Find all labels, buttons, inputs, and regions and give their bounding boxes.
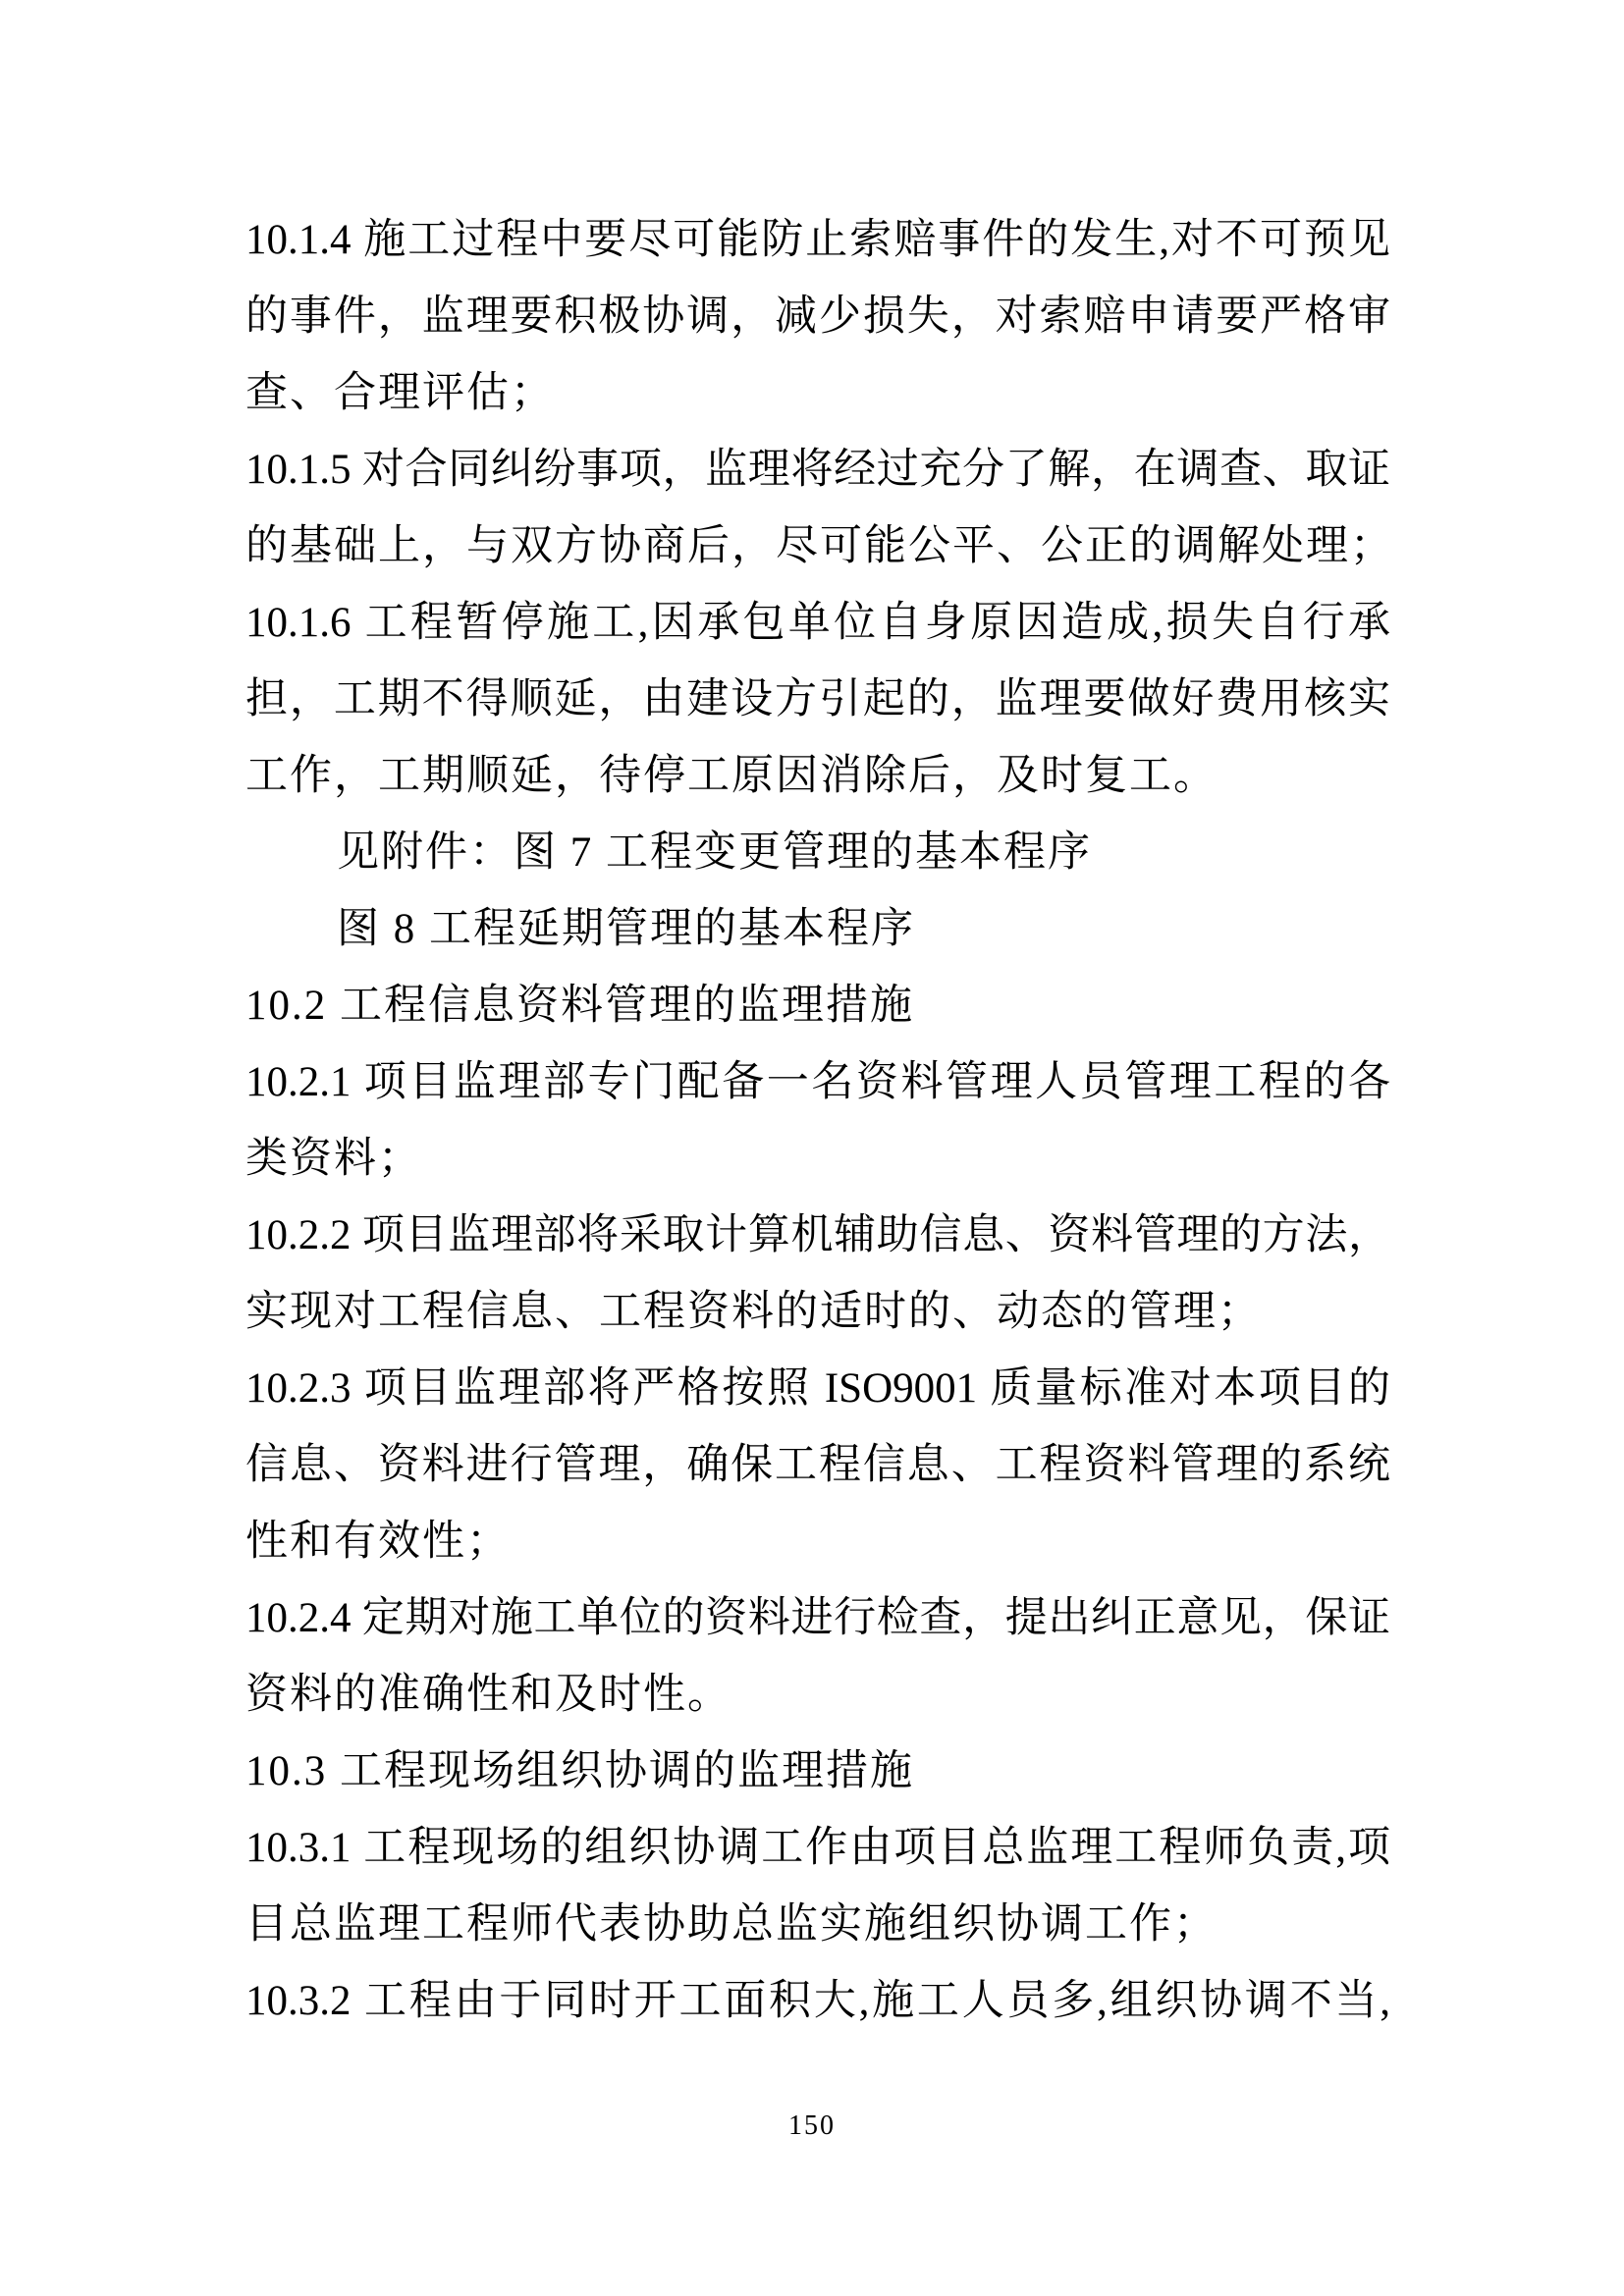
text-line: 担，工期不得顺延，由建设方引起的，监理要做好费用核实	[245, 662, 1390, 738]
text-line: 查、合理评估；	[245, 355, 1390, 432]
text-line: 实现对工程信息、工程资料的适时的、动态的管理；	[245, 1274, 1390, 1351]
text-line: 的事件，监理要积极协调，减少损失，对索赔申请要严格审	[245, 279, 1390, 355]
text-line: 10.3 工程现场组织协调的监理措施	[245, 1734, 1390, 1810]
text-line: 信息、资料进行管理，确保工程信息、工程资料管理的系统	[245, 1427, 1390, 1504]
text-line: 10.3.1 工程现场的组织协调工作由项目总监理工程师负责,项	[245, 1810, 1390, 1887]
text-line: 目总监理工程师代表协助总监实施组织协调工作；	[245, 1887, 1390, 1963]
page-number: 150	[0, 2110, 1624, 2142]
text-line: 10.2.2 项目监理部将采取计算机辅助信息、资料管理的方法，	[245, 1198, 1390, 1274]
text-line: 见附件：图 7 工程变更管理的基本程序	[245, 815, 1390, 891]
text-line: 工作，工期顺延，待停工原因消除后，及时复工。	[245, 738, 1390, 815]
text-line: 10.1.6 工程暂停施工,因承包单位自身原因造成,损失自行承	[245, 585, 1390, 662]
text-line: 类资料；	[245, 1121, 1390, 1198]
text-line: 10.1.5 对合同纠纷事项，监理将经过充分了解，在调查、取证	[245, 432, 1390, 508]
text-line: 资料的准确性和及时性。	[245, 1657, 1390, 1734]
text-line: 10.1.4 施工过程中要尽可能防止索赔事件的发生,对不可预见	[245, 202, 1390, 279]
text-line: 的基础上，与双方协商后，尽可能公平、公正的调解处理；	[245, 508, 1390, 585]
text-line: 10.2.3 项目监理部将严格按照 ISO9001 质量标准对本项目的	[245, 1351, 1390, 1427]
text-line: 性和有效性；	[245, 1504, 1390, 1580]
text-line: 图 8 工程延期管理的基本程序	[245, 891, 1390, 968]
document-page: 10.1.4 施工过程中要尽可能防止索赔事件的发生,对不可预见的事件，监理要积极…	[0, 0, 1624, 2296]
text-line: 10.3.2 工程由于同时开工面积大,施工人员多,组织协调不当,	[245, 1963, 1390, 2040]
text-line: 10.2.1 项目监理部专门配备一名资料管理人员管理工程的各	[245, 1044, 1390, 1121]
document-body: 10.1.4 施工过程中要尽可能防止索赔事件的发生,对不可预见的事件，监理要积极…	[245, 202, 1390, 2040]
text-line: 10.2 工程信息资料管理的监理措施	[245, 968, 1390, 1044]
text-line: 10.2.4 定期对施工单位的资料进行检查，提出纠正意见，保证	[245, 1580, 1390, 1657]
